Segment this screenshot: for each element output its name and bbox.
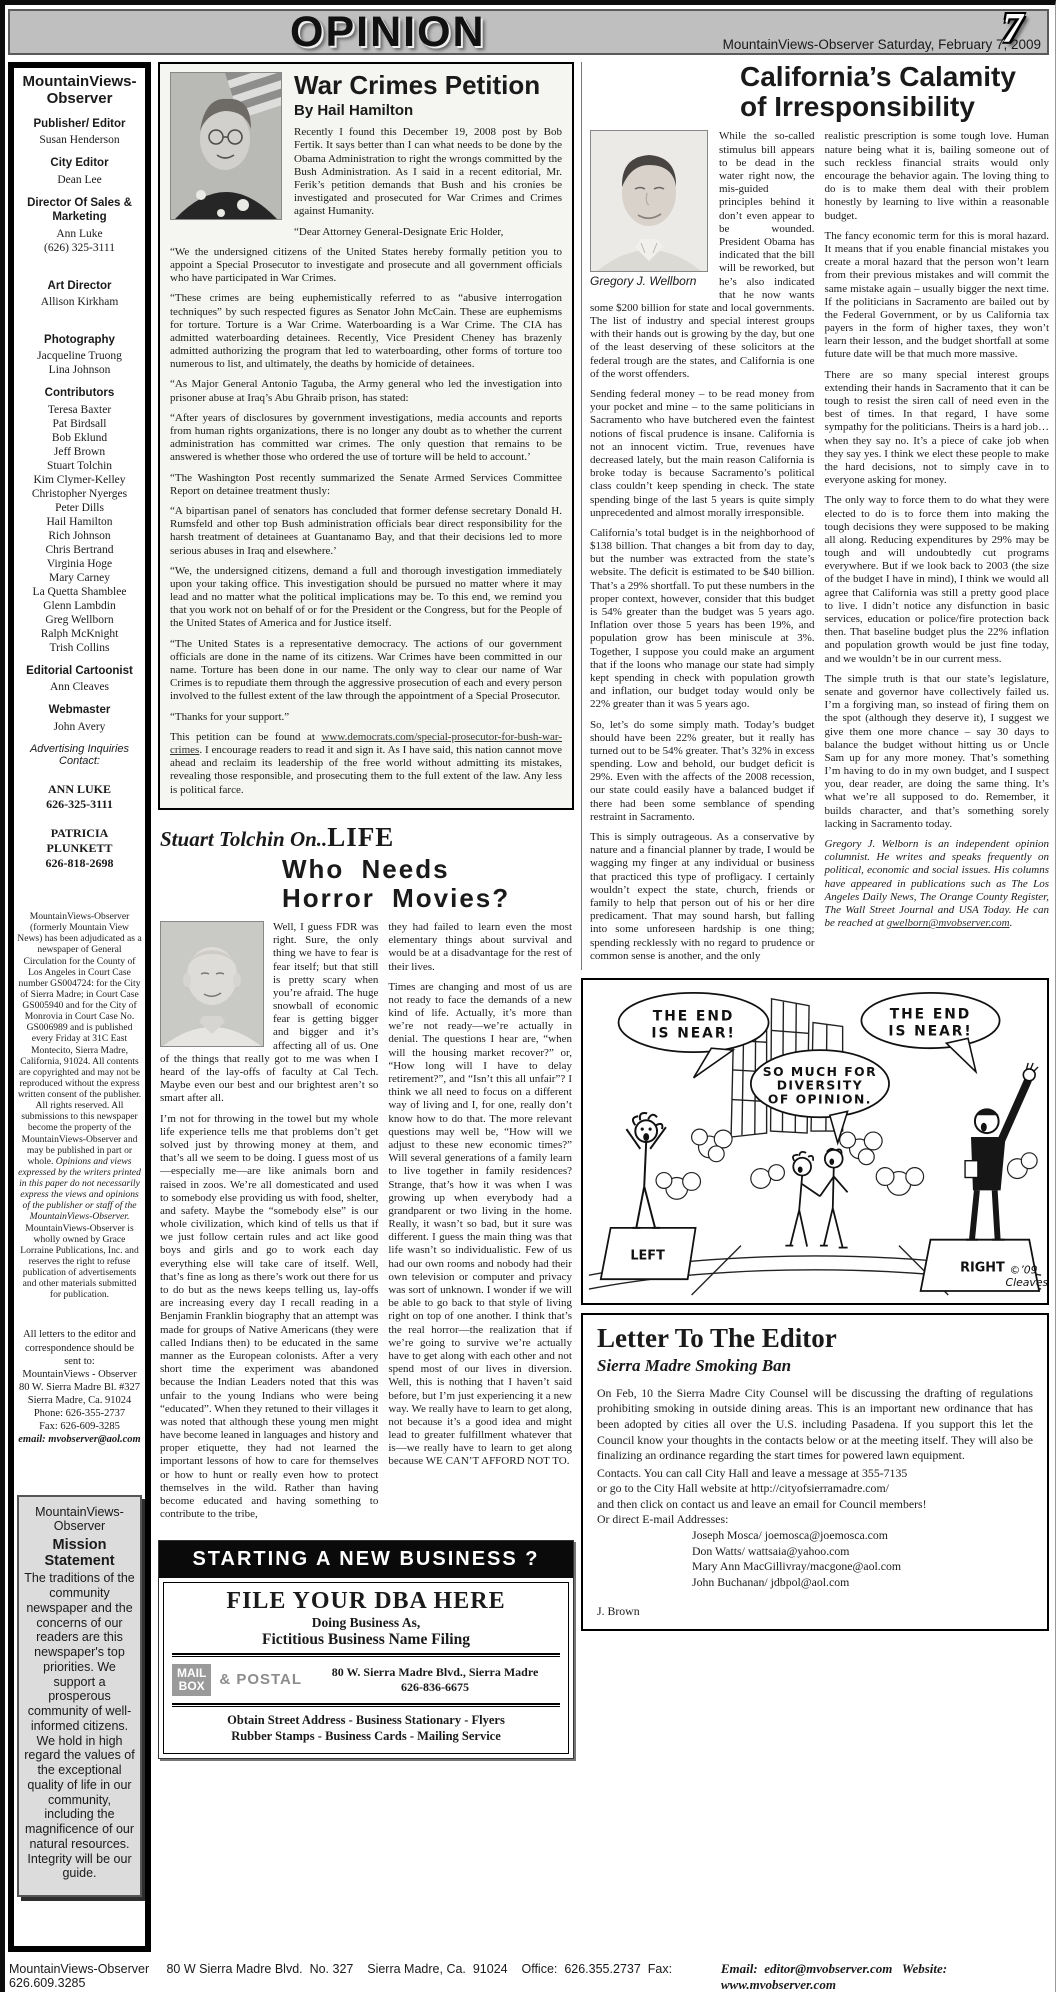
legal-text: MountainViews-Observer is wholly owned b… xyxy=(20,1223,139,1301)
cartoonist-signature-line2: Cleaves xyxy=(1006,1276,1047,1289)
contact-phone: 626-325-3111 xyxy=(17,797,142,812)
california-columns: Gregory J. Wellborn While the so-called … xyxy=(590,130,1049,969)
address-line: Fax: 626-609-3285 xyxy=(17,1420,142,1433)
person-name: Ann Cleaves xyxy=(17,680,142,694)
contributors-list: Teresa BaxterPat BirdsallBob EklundJeff … xyxy=(17,403,142,655)
ad-divider xyxy=(172,1653,560,1657)
cartoon-illustration: LEFT RIGHT xyxy=(583,980,1047,1298)
page-content: MountainViews- Observer Publisher/ Edito… xyxy=(5,55,1055,1955)
right-column: California’s Calamity of Irresponsibilit… xyxy=(581,62,1049,1631)
role-names: Ann Cleaves xyxy=(17,680,142,694)
article-paragraph: “We, the undersigned citizens, demand a … xyxy=(170,565,562,631)
article-paragraph: So, let’s do some simply math. Today’s b… xyxy=(590,719,815,825)
council-email[interactable]: Joseph Mosca/ joemosca@joemosca.com xyxy=(692,1528,1033,1544)
tolchin-title-line2: Horror Movies? xyxy=(282,883,510,913)
author-bio: Gregory J. Welborn is an independent opi… xyxy=(825,838,1050,930)
article-paragraph: “Dear Attorney General-Designate Eric Ho… xyxy=(170,226,562,239)
portrait-photo-illustration xyxy=(171,73,281,219)
article-paragraph: “The Washington Post recently summarized… xyxy=(170,472,562,498)
mission-text: The traditions of the community newspape… xyxy=(23,1571,136,1881)
link-paragraph-before: This petition can be found at xyxy=(170,731,321,743)
article-paragraph: There are so many special interest group… xyxy=(825,369,1050,488)
masthead-section-publisher: Publisher/ Editor Susan Henderson xyxy=(17,117,142,147)
war-crimes-article: War Crimes Petition By Hail Hamilton Rec… xyxy=(158,62,574,810)
masthead-title-line2: Observer xyxy=(47,90,113,107)
bubble-center-line1: SO MUCH FOR xyxy=(763,1065,877,1079)
mission-statement-box: MountainViews- Observer Mission Statemen… xyxy=(17,1495,142,1898)
role-label: Contributors xyxy=(17,386,142,400)
masthead-section-city-editor: City Editor Dean Lee xyxy=(17,156,142,186)
masthead-title: MountainViews- Observer xyxy=(17,74,142,107)
contact-name: PATRICIA PLUNKETT xyxy=(17,826,142,856)
contact-phone: 626-818-2698 xyxy=(17,856,142,871)
bubble-right-line1: THE END xyxy=(890,1006,972,1022)
role-names: Susan Henderson xyxy=(17,133,142,147)
person-name: Ralph McKnight xyxy=(17,627,142,641)
masthead-email[interactable]: email: mvobserver@aol.com xyxy=(17,1433,142,1446)
tolchin-columns: Well, I guess FDR was right. Sure, the o… xyxy=(160,921,572,1528)
letter-signature: J. Brown xyxy=(597,1604,1033,1619)
stuart-tolchin-photo xyxy=(160,921,264,1047)
ad-services: Obtain Street Address - Business Station… xyxy=(172,1710,560,1748)
article-paragraph: “After years of disclosures by governmen… xyxy=(170,412,562,465)
ad-divider xyxy=(172,1703,560,1707)
bio-text: Gregory J. Welborn is an independent opi… xyxy=(825,838,1050,929)
person-name: La Quetta Shamblee xyxy=(17,585,142,599)
role-label: Publisher/ Editor xyxy=(17,117,142,131)
article-paragraph: “The United States is a representative d… xyxy=(170,638,562,704)
california-title-line2: of Irresponsibility xyxy=(740,91,975,122)
address-line: All letters to the editor and correspond… xyxy=(17,1328,142,1367)
article-title: California’s Calamity of Irresponsibilit… xyxy=(740,62,1049,122)
middle-column: War Crimes Petition By Hail Hamilton Rec… xyxy=(158,62,574,1759)
masthead-title-line1: MountainViews- xyxy=(23,73,137,90)
ad-middle-row: MAIL BOX & POSTAL 80 W. Sierra Madre Blv… xyxy=(172,1660,560,1699)
person-name: Pat Birdsall xyxy=(17,417,142,431)
letter-line: and then click on contact us and leave a… xyxy=(597,1497,1033,1513)
wellborn-photo-block: Gregory J. Wellborn xyxy=(590,130,710,288)
person-name: Rich Johnson xyxy=(17,529,142,543)
person-name: Lina Johnson xyxy=(17,363,142,377)
role-label: Photography xyxy=(17,333,142,347)
ad-subline-2: Fictitious Business Name Filing xyxy=(172,1631,560,1649)
page-header-band: OPINION 7 MountainViews-Observer Saturda… xyxy=(8,9,1049,55)
letter-subtitle: Sierra Madre Smoking Ban xyxy=(597,1356,1033,1376)
article-paragraph: This is simply outrageous. As a conserva… xyxy=(590,831,815,963)
address-line: 80 W. Sierra Madre Bl. #327 xyxy=(17,1381,142,1394)
role-label: Art Director xyxy=(17,279,142,293)
letter-paragraph: On Feb, 10 the Sierra Madre City Counsel… xyxy=(597,1386,1033,1464)
author-email-link[interactable]: gwelborn@mvobserver.com xyxy=(887,917,1010,929)
bubble-center-line2: DIVERSITY xyxy=(777,1079,863,1093)
page-footer: MountainViews-Observer 80 W Sierra Madre… xyxy=(5,1955,1055,1992)
letter-to-editor: Letter To The Editor Sierra Madre Smokin… xyxy=(581,1313,1049,1631)
bubble-right-line2: IS NEAR! xyxy=(888,1023,972,1039)
letter-email-list: Joseph Mosca/ joemosca@joemosca.comDon W… xyxy=(597,1528,1033,1590)
masthead-section-contributors: Contributors Teresa BaxterPat BirdsallBo… xyxy=(17,386,142,655)
person-name: Jeff Brown xyxy=(17,445,142,459)
footer-address: MountainViews-Observer 80 W Sierra Madre… xyxy=(9,1962,709,1990)
role-names: Ann Luke(626) 325-3111 xyxy=(17,227,142,255)
editorial-cartoon: LEFT RIGHT xyxy=(581,978,1049,1305)
contact-name: ANN LUKE xyxy=(17,782,142,797)
letter-line: Contacts. You can call City Hall and lea… xyxy=(597,1466,1033,1482)
tolchin-column-2: they had failed to learn even the most e… xyxy=(388,921,572,1528)
ad-banner: STARTING A NEW BUSINESS ? xyxy=(159,1541,573,1578)
role-label: Webmaster xyxy=(17,703,142,717)
mission-heading: Mission Statement xyxy=(23,1537,136,1569)
article-paragraph: Sending federal money – to be read money… xyxy=(590,388,815,520)
portrait-photo-illustration xyxy=(161,922,263,1046)
person-name: Allison Kirkham xyxy=(17,295,142,309)
person-name: Hail Hamilton xyxy=(17,515,142,529)
advertising-label-line1: Advertising Inquiries xyxy=(30,743,129,755)
advertising-contact: ANN LUKE 626-325-3111 xyxy=(17,782,142,812)
mailbox-logo-line2: BOX xyxy=(177,1680,206,1693)
tolchin-column2-body: they had failed to learn even the most e… xyxy=(388,921,572,1469)
ad-address-block: 80 W. Sierra Madre Blvd., Sierra Madre 6… xyxy=(310,1665,560,1695)
bio-text-after: . xyxy=(1010,917,1013,929)
hail-hamilton-photo xyxy=(170,72,282,220)
petition-link-paragraph: This petition can be found at www.democr… xyxy=(170,731,562,797)
masthead-section-webmaster: Webmaster John Avery xyxy=(17,703,142,733)
advertising-inquiries-label: Advertising Inquiries Contact: xyxy=(17,743,142,768)
date-line: MountainViews-Observer Saturday, Februar… xyxy=(723,37,1041,52)
pedestal-right-label: RIGHT xyxy=(960,1260,1005,1275)
person-name: Trish Collins xyxy=(17,641,142,655)
article-paragraph: The simple truth is that our state’s leg… xyxy=(825,673,1050,831)
council-email[interactable]: Mary Ann MacGillivray/macgone@aol.com xyxy=(692,1559,1033,1575)
article-paragraph: “These crimes are being euphemistically … xyxy=(170,292,562,371)
tolchin-header-text: Stuart Tolchin On.. xyxy=(160,827,327,851)
letter-contact-lines: Contacts. You can call City Hall and lea… xyxy=(597,1466,1033,1528)
person-name: Susan Henderson xyxy=(17,133,142,147)
masthead-section-cartoonist: Editorial Cartoonist Ann Cleaves xyxy=(17,664,142,694)
bubble-left-line1: THE END xyxy=(653,1008,735,1024)
california-column2-body: realistic prescription is some tough lov… xyxy=(825,130,1050,831)
pedestal-left-label: LEFT xyxy=(630,1248,665,1263)
mailbox-logo: MAIL BOX xyxy=(172,1664,211,1695)
article-paragraph: California’s total budget is in the neig… xyxy=(590,527,815,712)
article-paragraph: Times are changing and most of us are no… xyxy=(388,981,572,1469)
person-name: Glenn Lambdin xyxy=(17,599,142,613)
person-name: (626) 325-3111 xyxy=(17,241,142,255)
mission-title: MountainViews- Observer xyxy=(23,1505,136,1534)
article-paragraph: The only way to force them to do what th… xyxy=(825,494,1050,665)
bubble-left-line2: IS NEAR! xyxy=(651,1025,735,1041)
footer-contact-links[interactable]: Email: editor@mvobserver.com Website: ww… xyxy=(721,1961,1047,1992)
masthead-section-art-director: Art Director Allison Kirkham xyxy=(17,279,142,309)
council-email[interactable]: Don Watts/ wattsaia@yahoo.com xyxy=(692,1544,1033,1560)
person-name: Peter Dills xyxy=(17,501,142,515)
portrait-photo-illustration xyxy=(591,131,707,271)
article-paragraph: “We the undersigned citizens of the Unit… xyxy=(170,246,562,286)
article-paragraph: “A bipartisan panel of senators has conc… xyxy=(170,505,562,558)
advertising-contact: PATRICIA PLUNKETT 626-818-2698 xyxy=(17,826,142,871)
legal-text: MountainViews-Observer (formerly Mountai… xyxy=(17,911,141,1167)
masthead-sidebar: MountainViews- Observer Publisher/ Edito… xyxy=(8,62,151,1952)
california-column-2: realistic prescription is some tough lov… xyxy=(825,130,1050,969)
ad-inner: FILE YOUR DBA HERE Doing Business As, Fi… xyxy=(163,1582,569,1754)
ad-services-line1: Obtain Street Address - Business Station… xyxy=(172,1712,560,1728)
california-article: California’s Calamity of Irresponsibilit… xyxy=(581,62,1049,970)
person-name: Virginia Hoge xyxy=(17,557,142,571)
ad-address: 80 W. Sierra Madre Blvd., Sierra Madre xyxy=(310,1665,560,1680)
role-label: Director Of Sales & Marketing xyxy=(17,196,142,225)
article-paragraph: realistic prescription is some tough lov… xyxy=(825,130,1050,222)
person-name: Dean Lee xyxy=(17,173,142,187)
letters-lines: All letters to the editor and correspond… xyxy=(17,1328,142,1433)
person-name: Teresa Baxter xyxy=(17,403,142,417)
tolchin-column-header: Stuart Tolchin On..LIFE xyxy=(160,822,572,853)
article-paragraph: I’m not for throwing in the towel but my… xyxy=(160,1113,378,1522)
person-name: Jacqueline Truong xyxy=(17,349,142,363)
letter-line: or go to the City Hall website at http:/… xyxy=(597,1481,1033,1497)
tolchin-header-life: LIFE xyxy=(327,822,394,852)
person-name: Bob Eklund xyxy=(17,431,142,445)
california-title-line1: California’s Calamity xyxy=(740,61,1016,92)
letter-line: Or direct E-mail Addresses: xyxy=(597,1512,1033,1528)
advertising-label-line2: Contact: xyxy=(59,755,100,767)
mission-title-line1: MountainViews- xyxy=(35,1505,124,1519)
letters-address-block: All letters to the editor and correspond… xyxy=(17,1328,142,1446)
article-paragraph: The fancy economic term for this is mora… xyxy=(825,230,1050,362)
tolchin-article: Stuart Tolchin On..LIFE Who Needs Horror… xyxy=(158,822,574,1529)
cartoonist-signature-line1: ©’09 xyxy=(1009,1263,1037,1276)
role-names: Jacqueline TruongLina Johnson xyxy=(17,349,142,377)
tolchin-column-1: Well, I guess FDR was right. Sure, the o… xyxy=(160,921,378,1528)
link-paragraph-after: . I encourage readers to read it and sig… xyxy=(170,744,562,796)
person-name: Mary Carney xyxy=(17,571,142,585)
masthead-section-sales: Director Of Sales & Marketing Ann Luke(6… xyxy=(17,196,142,255)
article-paragraph: “Thanks for your support.” xyxy=(170,711,562,724)
dba-filing-ad[interactable]: STARTING A NEW BUSINESS ? FILE YOUR DBA … xyxy=(158,1540,574,1759)
ad-phone: 626-836-6675 xyxy=(310,1680,560,1695)
person-name: Greg Wellborn xyxy=(17,613,142,627)
ad-headline: FILE YOUR DBA HERE xyxy=(172,1588,560,1615)
gregory-wellborn-photo xyxy=(590,130,708,272)
role-names: John Avery xyxy=(17,720,142,734)
address-line: Sierra Madre, Ca. 91024 xyxy=(17,1394,142,1407)
person-name: Christopher Nyerges xyxy=(17,487,142,501)
masthead-section-photography: Photography Jacqueline TruongLina Johnso… xyxy=(17,333,142,377)
person-name: Chris Bertrand xyxy=(17,543,142,557)
address-line: Phone: 626-355-2737 xyxy=(17,1407,142,1420)
article-paragraph: they had failed to learn even the most e… xyxy=(388,921,572,974)
role-names: Dean Lee xyxy=(17,173,142,187)
ad-services-line2: Rubber Stamps - Business Cards - Mailing… xyxy=(172,1728,560,1744)
bubble-center-line3: OF OPINION. xyxy=(768,1092,872,1106)
mission-title-line2: Observer xyxy=(54,1519,105,1533)
role-label: Editorial Cartoonist xyxy=(17,664,142,678)
person-name: Kim Clymer-Kelley xyxy=(17,473,142,487)
address-line: MountainViews - Observer xyxy=(17,1368,142,1381)
article-title: Who Needs Horror Movies? xyxy=(282,855,572,913)
tolchin-column1-body: I’m not for throwing in the towel but my… xyxy=(160,1113,378,1522)
person-name: Stuart Tolchin xyxy=(17,459,142,473)
council-email[interactable]: John Buchanan/ jdbpol@aol.com xyxy=(692,1575,1033,1591)
person-name: Ann Luke xyxy=(17,227,142,241)
postal-label: & POSTAL xyxy=(219,1671,302,1688)
legal-notice: MountainViews-Observer (formerly Mountai… xyxy=(17,911,142,1300)
person-name: John Avery xyxy=(17,720,142,734)
tolchin-title-line1: Who Needs xyxy=(282,854,450,884)
letter-title: Letter To The Editor xyxy=(597,1323,1033,1354)
role-label: City Editor xyxy=(17,156,142,170)
ad-subline-1: Doing Business As, xyxy=(172,1615,560,1631)
role-names: Allison Kirkham xyxy=(17,295,142,309)
article-paragraph: “As Major General Antonio Taguba, the Ar… xyxy=(170,378,562,404)
page-title: OPINION xyxy=(290,8,486,57)
photo-caption: Gregory J. Wellborn xyxy=(590,274,710,288)
california-column-1: Gregory J. Wellborn While the so-called … xyxy=(590,130,815,969)
